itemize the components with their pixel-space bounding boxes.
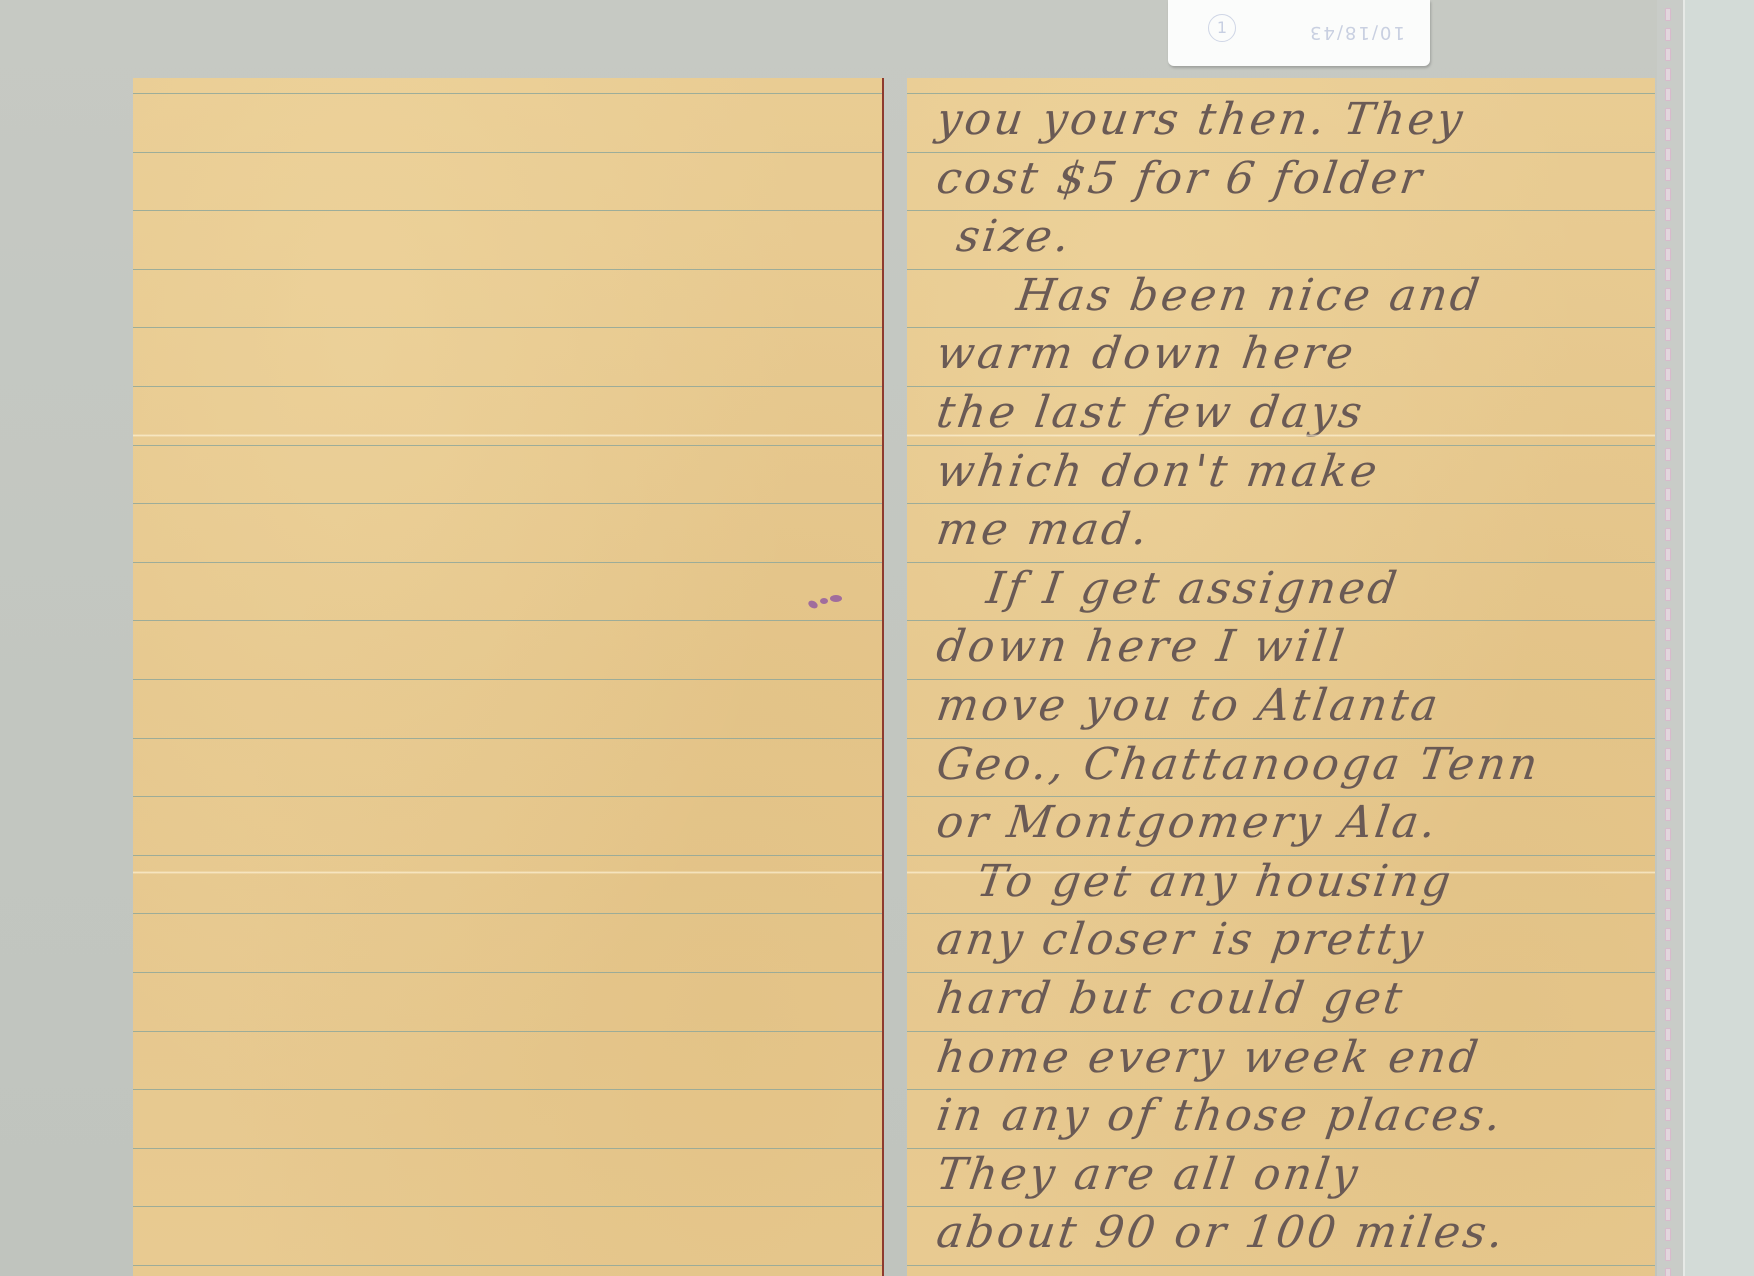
sleeve-perforation [1665, 568, 1671, 581]
sleeve-perforation [1665, 788, 1671, 801]
sleeve-perforation [1665, 1068, 1671, 1081]
handwritten-line: Geo., Chattanooga Tenn [933, 739, 1543, 790]
sleeve-perforation [1665, 948, 1671, 961]
ruled-line [907, 620, 1655, 621]
sleeve-margin [1685, 0, 1754, 1276]
ruled-line [907, 386, 1655, 387]
ruled-line [133, 855, 882, 856]
label-date: 10/18/43 [1308, 22, 1405, 43]
sleeve-perforation [1665, 468, 1671, 481]
sleeve-perforation [1665, 848, 1671, 861]
ruled-line [133, 972, 882, 973]
handwritten-line: move you to Atlanta [933, 680, 1443, 731]
ruled-line [907, 1265, 1655, 1266]
ruled-line [907, 1089, 1655, 1090]
sleeve-perforation [1665, 1228, 1671, 1241]
ruled-line [907, 93, 1655, 94]
sleeve-perforation [1665, 248, 1671, 261]
sleeve-perforation [1665, 48, 1671, 61]
sleeve-perforation [1665, 108, 1671, 121]
sleeve-perforation [1665, 1108, 1671, 1121]
sleeve-perforation [1665, 328, 1671, 341]
sleeve-perforation [1665, 928, 1671, 941]
ruled-line [907, 972, 1655, 973]
sleeve-perforation [1665, 1168, 1671, 1181]
ruled-line [133, 679, 882, 680]
ruled-line [133, 269, 882, 270]
ruled-line [133, 1265, 882, 1266]
sleeve-perforation [1665, 68, 1671, 81]
sleeve-perforation [1665, 808, 1671, 821]
right-page: you yours then. Theycost $5 for 6 folder… [907, 78, 1655, 1276]
ruled-line [133, 1148, 882, 1149]
sleeve-perforation [1665, 448, 1671, 461]
ruled-line [907, 679, 1655, 680]
sleeve-perforation [1665, 1088, 1671, 1101]
ruled-line [133, 1206, 882, 1207]
paper-fold-crease [133, 434, 882, 437]
sleeve-perforation [1665, 1148, 1671, 1161]
paper-fold-crease [907, 434, 1655, 437]
sleeve-perforation [1665, 88, 1671, 101]
ruled-line [907, 210, 1655, 211]
sleeve-perforation [1665, 408, 1671, 421]
ruled-line [133, 1031, 882, 1032]
sleeve-perforation [1665, 868, 1671, 881]
sleeve-perforation [1665, 128, 1671, 141]
ruled-line [907, 562, 1655, 563]
sleeve-perforation [1665, 508, 1671, 521]
ruled-line [133, 152, 882, 153]
sleeve-perforation [1665, 528, 1671, 541]
sleeve-perforation [1665, 28, 1671, 41]
ruled-line [907, 913, 1655, 914]
sleeve-perforation [1665, 168, 1671, 181]
sleeve-perforated-edge [1657, 0, 1685, 1276]
ruled-line [907, 1148, 1655, 1149]
sleeve-perforation [1665, 548, 1671, 561]
handwritten-line: in any of those places. [933, 1090, 1507, 1141]
ruled-line [907, 503, 1655, 504]
ruled-line [907, 152, 1655, 153]
sleeve-perforation [1665, 428, 1671, 441]
sleeve-perforation [1665, 488, 1671, 501]
sleeve-perforation [1665, 8, 1671, 21]
ruled-line [133, 386, 882, 387]
purple-ink-mark [808, 595, 842, 611]
sleeve-perforation [1665, 828, 1671, 841]
paper-fold-crease [907, 871, 1655, 874]
handwritten-line: cost $5 for 6 folder [933, 153, 1427, 204]
sleeve-perforation [1665, 268, 1671, 281]
ruled-line [907, 269, 1655, 270]
handwritten-line: any closer is pretty [933, 914, 1429, 965]
ruled-line [907, 327, 1655, 328]
sleeve-perforation [1665, 208, 1671, 221]
handwritten-line: Has been nice and [1013, 270, 1485, 321]
sleeve-perforation [1665, 1208, 1671, 1221]
sleeve-perforation [1665, 988, 1671, 1001]
handwritten-line: or Montgomery Ala. [933, 797, 1442, 848]
handwritten-line: home every week end [933, 1032, 1483, 1083]
handwritten-line: the last few days [933, 387, 1368, 438]
ruled-line [133, 503, 882, 504]
sleeve-perforation [1665, 768, 1671, 781]
sleeve-perforation [1665, 148, 1671, 161]
sleeve-perforation [1665, 748, 1671, 761]
sleeve-perforation [1665, 728, 1671, 741]
sleeve-perforation [1665, 388, 1671, 401]
handwritten-line: about 90 or 100 miles. [933, 1207, 1509, 1258]
ruled-line [133, 738, 882, 739]
sleeve-perforation [1665, 308, 1671, 321]
sleeve-perforation [1665, 908, 1671, 921]
ruled-line [133, 445, 882, 446]
sleeve-perforation [1665, 1128, 1671, 1141]
sleeve-perforation [1665, 368, 1671, 381]
page-number-circle: 1 [1208, 14, 1236, 42]
sleeve-perforation [1665, 188, 1671, 201]
handwritten-line: To get any housing [973, 856, 1456, 907]
sleeve-perforation [1665, 1008, 1671, 1021]
ruled-line [133, 562, 882, 563]
ruled-line [907, 1031, 1655, 1032]
sleeve-perforation [1665, 628, 1671, 641]
sleeve-perforation [1665, 708, 1671, 721]
sleeve-perforation [1665, 968, 1671, 981]
ruled-line [907, 855, 1655, 856]
handwritten-line: down here I will [933, 621, 1349, 672]
sleeve-perforation [1665, 228, 1671, 241]
ruled-line [133, 1089, 882, 1090]
sleeve-perforation [1665, 688, 1671, 701]
sleeve-perforation [1665, 288, 1671, 301]
handwritten-line: which don't make [933, 446, 1383, 497]
ruled-line [133, 913, 882, 914]
archive-label-tag: 1 10/18/43 [1168, 0, 1430, 66]
sleeve-perforation [1665, 588, 1671, 601]
sleeve-perforation [1665, 1248, 1671, 1261]
ruled-line [133, 93, 882, 94]
sleeve-perforation [1665, 1028, 1671, 1041]
left-page [133, 78, 884, 1276]
sleeve-perforation [1665, 1048, 1671, 1061]
handwritten-line: size. [953, 211, 1075, 262]
sleeve-perforation [1665, 888, 1671, 901]
sleeve-perforation [1665, 608, 1671, 621]
sleeve-perforation [1665, 348, 1671, 361]
handwritten-line: you yours then. They [933, 94, 1468, 145]
ruled-line [133, 620, 882, 621]
sleeve-perforation [1665, 1188, 1671, 1201]
sleeve-perforation [1665, 668, 1671, 681]
handwritten-line: hard but could get [933, 973, 1408, 1024]
handwritten-line: If I get assigned [983, 563, 1402, 614]
ruled-line [133, 327, 882, 328]
ruled-line [907, 445, 1655, 446]
paper-fold-crease [133, 871, 882, 874]
sleeve-perforation [1665, 648, 1671, 661]
handwritten-line: warm down here [933, 328, 1359, 379]
ruled-line [907, 1206, 1655, 1207]
ruled-line [133, 210, 882, 211]
ruled-line [133, 796, 882, 797]
ruled-line [907, 738, 1655, 739]
ruled-line [907, 796, 1655, 797]
sleeve-perforation [1665, 1268, 1671, 1276]
handwritten-line: me mad. [933, 504, 1153, 555]
handwritten-line: They are all only [933, 1149, 1363, 1200]
